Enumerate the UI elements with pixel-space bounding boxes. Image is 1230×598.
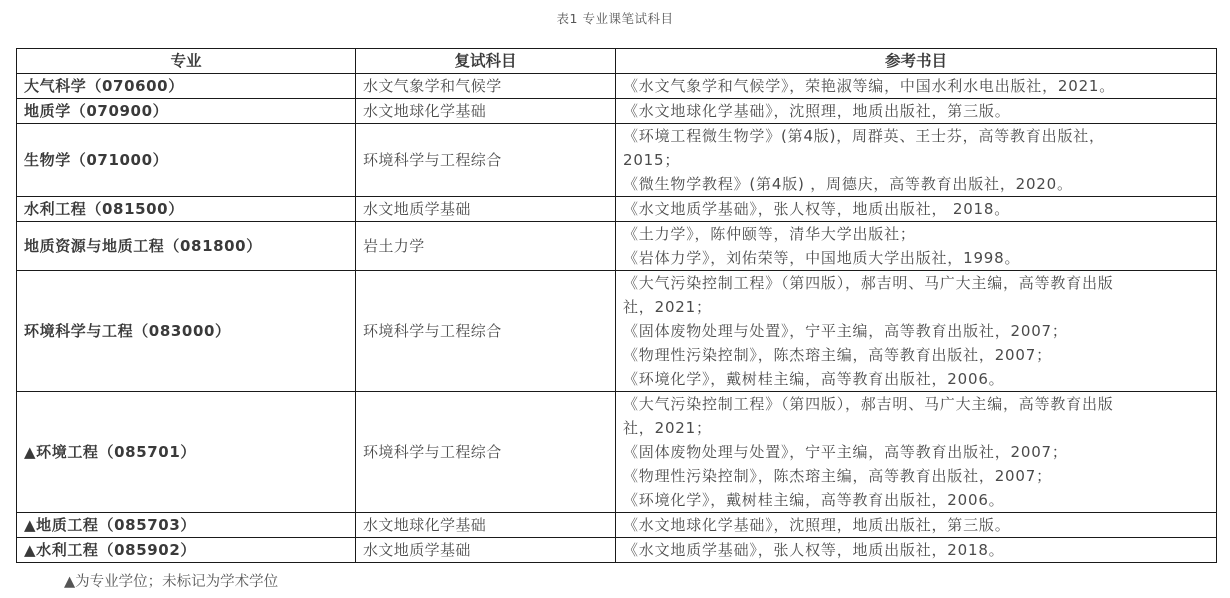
header-books: 参考书目 xyxy=(616,49,1217,74)
major-cell: ▲水利工程（085902） xyxy=(17,538,356,563)
major-cell: 水利工程（081500） xyxy=(17,197,356,222)
books-cell: 《水文气象学和气候学》，荣艳淑等编，中国水利水电出版社，2021。 xyxy=(616,74,1217,99)
book-line: 《环境化学》，戴树桂主编，高等教育出版社，2006。 xyxy=(623,367,1209,391)
book-line: 《水文地球化学基础》，沈照理，地质出版社，第三版。 xyxy=(623,513,1209,537)
header-major: 专业 xyxy=(17,49,356,74)
major-cell: 地质资源与地质工程（081800） xyxy=(17,222,356,271)
books-cell: 《环境工程微生物学》(第4版)，周群英、王士芬，高等教育出版社， 2015； 《… xyxy=(616,124,1217,197)
book-line: 《大气污染控制工程》（第四版），郝吉明、马广大主编，高等教育出版 xyxy=(623,392,1209,416)
table-row: 水利工程（081500） 水文地质学基础 《水文地质学基础》，张人权等，地质出版… xyxy=(17,197,1217,222)
book-line: 《岩体力学》，刘佑荣等，中国地质大学出版社，1998。 xyxy=(623,246,1209,270)
table-row: ▲水利工程（085902） 水文地质学基础 《水文地质学基础》，张人权等，地质出… xyxy=(17,538,1217,563)
book-line: 《水文地球化学基础》，沈照理，地质出版社，第三版。 xyxy=(623,99,1209,123)
book-line: 2015； xyxy=(623,148,1209,172)
subject-cell: 环境科学与工程综合 xyxy=(356,271,616,392)
table-caption: 表1 专业课笔试科目 xyxy=(0,10,1230,28)
book-line: 《水文气象学和气候学》，荣艳淑等编，中国水利水电出版社，2021。 xyxy=(623,74,1209,98)
book-line: 《固体废物处理与处置》，宁平主编，高等教育出版社，2007； xyxy=(623,319,1209,343)
table-header-row: 专业 复试科目 参考书目 xyxy=(17,49,1217,74)
major-cell: ▲环境工程（085701） xyxy=(17,392,356,513)
book-line: 《固体废物处理与处置》，宁平主编，高等教育出版社，2007； xyxy=(623,440,1209,464)
book-line: 《环境化学》，戴树桂主编，高等教育出版社，2006。 xyxy=(623,488,1209,512)
book-line: 《土力学》，陈仲颐等，清华大学出版社； xyxy=(623,222,1209,246)
major-cell: ▲地质工程（085703） xyxy=(17,513,356,538)
books-cell: 《水文地球化学基础》，沈照理，地质出版社，第三版。 xyxy=(616,99,1217,124)
table-row: 生物学（071000） 环境科学与工程综合 《环境工程微生物学》(第4版)，周群… xyxy=(17,124,1217,197)
books-cell: 《大气污染控制工程》（第四版），郝吉明、马广大主编，高等教育出版 社，2021；… xyxy=(616,392,1217,513)
footnote: ▲为专业学位；未标记为学术学位 xyxy=(64,571,278,593)
book-line: 社，2021； xyxy=(623,295,1209,319)
table-row: 地质学（070900） 水文地球化学基础 《水文地球化学基础》，沈照理，地质出版… xyxy=(17,99,1217,124)
table-row: 环境科学与工程（083000） 环境科学与工程综合 《大气污染控制工程》（第四版… xyxy=(17,271,1217,392)
books-cell: 《大气污染控制工程》（第四版），郝吉明、马广大主编，高等教育出版 社，2021；… xyxy=(616,271,1217,392)
subject-cell: 水文地质学基础 xyxy=(356,538,616,563)
table-row: ▲环境工程（085701） 环境科学与工程综合 《大气污染控制工程》（第四版），… xyxy=(17,392,1217,513)
book-line: 《微生物学教程》(第4版) ，周德庆，高等教育出版社，2020。 xyxy=(623,172,1209,196)
table-row: 地质资源与地质工程（081800） 岩土力学 《土力学》，陈仲颐等，清华大学出版… xyxy=(17,222,1217,271)
book-line: 《大气污染控制工程》（第四版），郝吉明、马广大主编，高等教育出版 xyxy=(623,271,1209,295)
subject-cell: 水文气象学和气候学 xyxy=(356,74,616,99)
major-cell: 大气科学（070600） xyxy=(17,74,356,99)
book-line: 《物理性污染控制》，陈杰瑢主编，高等教育出版社，2007； xyxy=(623,343,1209,367)
subject-cell: 环境科学与工程综合 xyxy=(356,124,616,197)
books-cell: 《水文地质学基础》，张人权等，地质出版社， 2018。 xyxy=(616,197,1217,222)
course-table: 专业 复试科目 参考书目 大气科学（070600） 水文气象学和气候学 《水文气… xyxy=(16,48,1217,563)
table-row: 大气科学（070600） 水文气象学和气候学 《水文气象学和气候学》，荣艳淑等编… xyxy=(17,74,1217,99)
book-line: 《环境工程微生物学》(第4版)，周群英、王士芬，高等教育出版社， xyxy=(623,124,1209,148)
book-line: 社，2021； xyxy=(623,416,1209,440)
subject-cell: 环境科学与工程综合 xyxy=(356,392,616,513)
books-cell: 《土力学》，陈仲颐等，清华大学出版社； 《岩体力学》，刘佑荣等，中国地质大学出版… xyxy=(616,222,1217,271)
major-cell: 生物学（071000） xyxy=(17,124,356,197)
books-cell: 《水文地球化学基础》，沈照理，地质出版社，第三版。 xyxy=(616,513,1217,538)
header-subject: 复试科目 xyxy=(356,49,616,74)
book-line: 《水文地质学基础》，张人权等，地质出版社，2018。 xyxy=(623,538,1209,562)
table-row: ▲地质工程（085703） 水文地球化学基础 《水文地球化学基础》，沈照理，地质… xyxy=(17,513,1217,538)
major-cell: 地质学（070900） xyxy=(17,99,356,124)
book-line: 《物理性污染控制》，陈杰瑢主编，高等教育出版社，2007； xyxy=(623,464,1209,488)
subject-cell: 水文地球化学基础 xyxy=(356,513,616,538)
book-line: 《水文地质学基础》，张人权等，地质出版社， 2018。 xyxy=(623,197,1209,221)
subject-cell: 岩土力学 xyxy=(356,222,616,271)
books-cell: 《水文地质学基础》，张人权等，地质出版社，2018。 xyxy=(616,538,1217,563)
major-cell: 环境科学与工程（083000） xyxy=(17,271,356,392)
subject-cell: 水文地球化学基础 xyxy=(356,99,616,124)
subject-cell: 水文地质学基础 xyxy=(356,197,616,222)
